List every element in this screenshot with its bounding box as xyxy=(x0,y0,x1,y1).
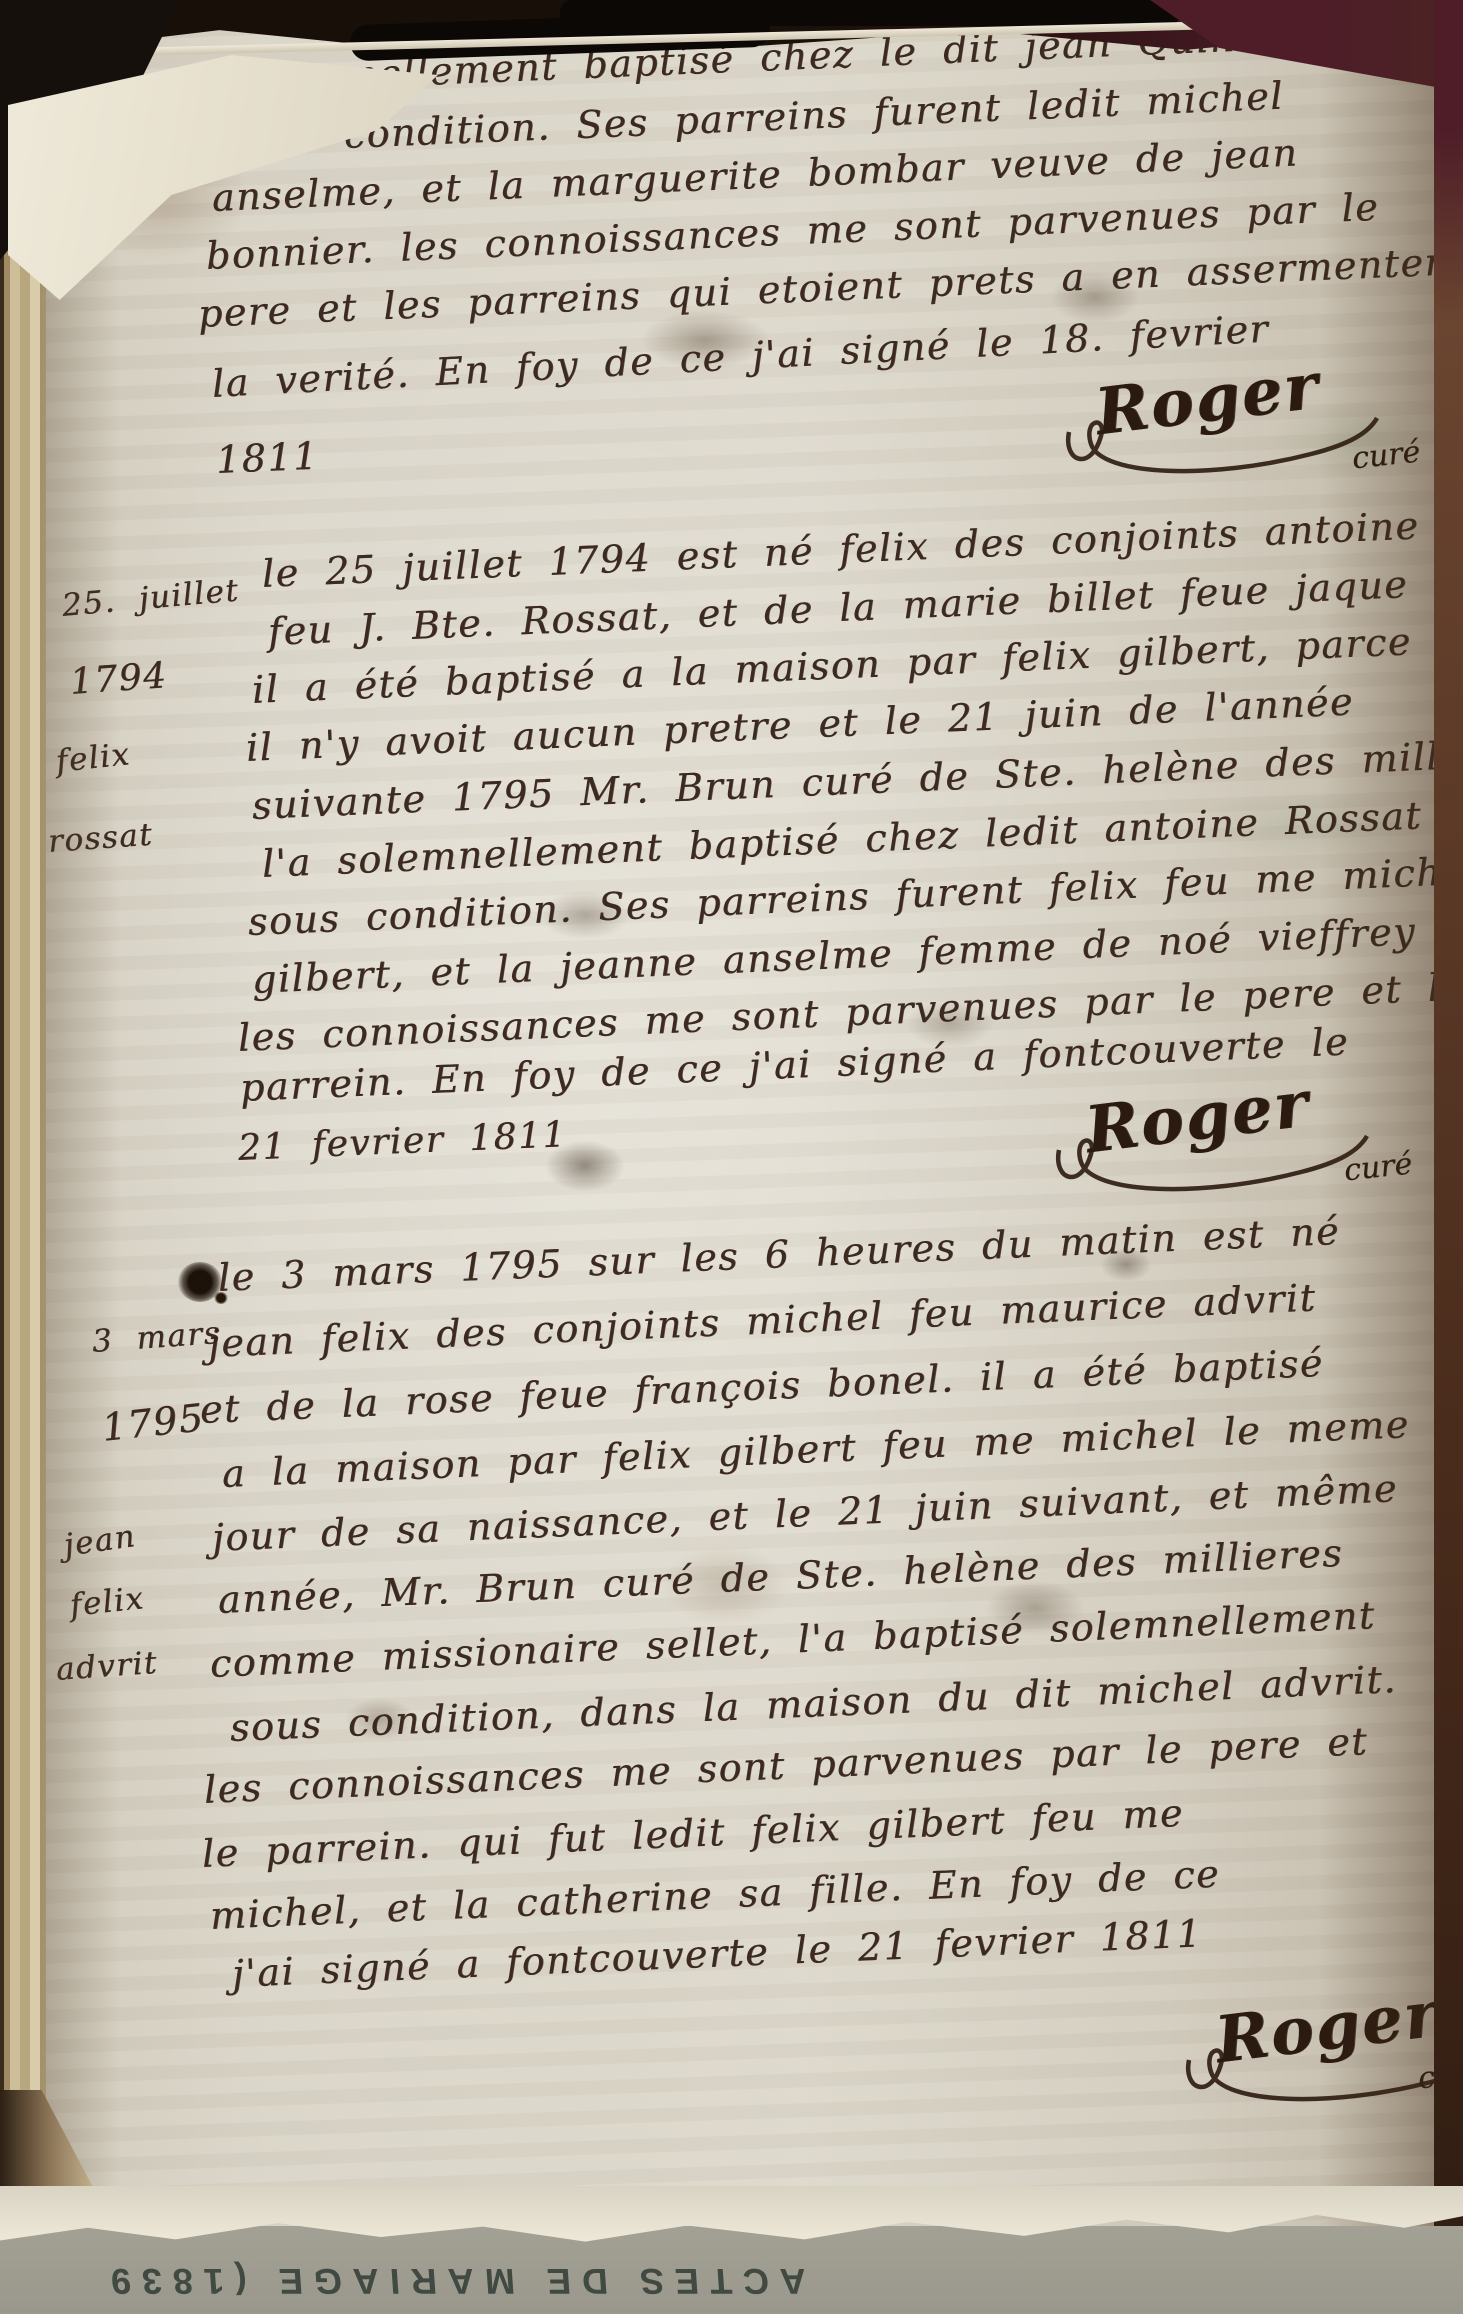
binding-shadow-blob xyxy=(560,0,1180,26)
margin-note-line: 3 mars xyxy=(91,1315,222,1360)
margin-note-line: advrit xyxy=(55,1645,159,1688)
signature-title: curé xyxy=(1342,1147,1414,1189)
signature-title: curé xyxy=(1350,435,1422,477)
margin-note-line: jean xyxy=(61,1518,138,1564)
underlying-page-strip: ACTES DE MARIAGE (1839 xyxy=(0,2226,1463,2314)
ink-blot xyxy=(178,1262,222,1302)
margin-note-line: 1794 xyxy=(69,655,169,703)
signature-block: Roger xyxy=(1095,362,1320,437)
manuscript-date-line: 21 fevrier 1811 xyxy=(237,1114,567,1169)
page-edge-left-stack xyxy=(0,0,46,2314)
printed-register-heading-upside-down: ACTES DE MARIAGE (1839 xyxy=(5,2260,808,2302)
scanned-register-page: solemnellement baptisé chez le dit jean … xyxy=(0,0,1463,2314)
margin-note-line: 25. juillet xyxy=(60,573,240,624)
page-edge-left-shadow xyxy=(40,0,120,2314)
margin-note-line: rossat xyxy=(47,817,155,860)
signature-block: Roger xyxy=(1215,1990,1440,2065)
binding-edge-right xyxy=(1434,0,1463,2314)
margin-note-line: felix xyxy=(68,1580,146,1624)
margin-note-line: 1795 xyxy=(100,1395,207,1449)
signature-block: Roger xyxy=(1085,1080,1310,1155)
manuscript-year: 1811 xyxy=(215,434,319,482)
margin-note-line: felix xyxy=(54,736,132,780)
